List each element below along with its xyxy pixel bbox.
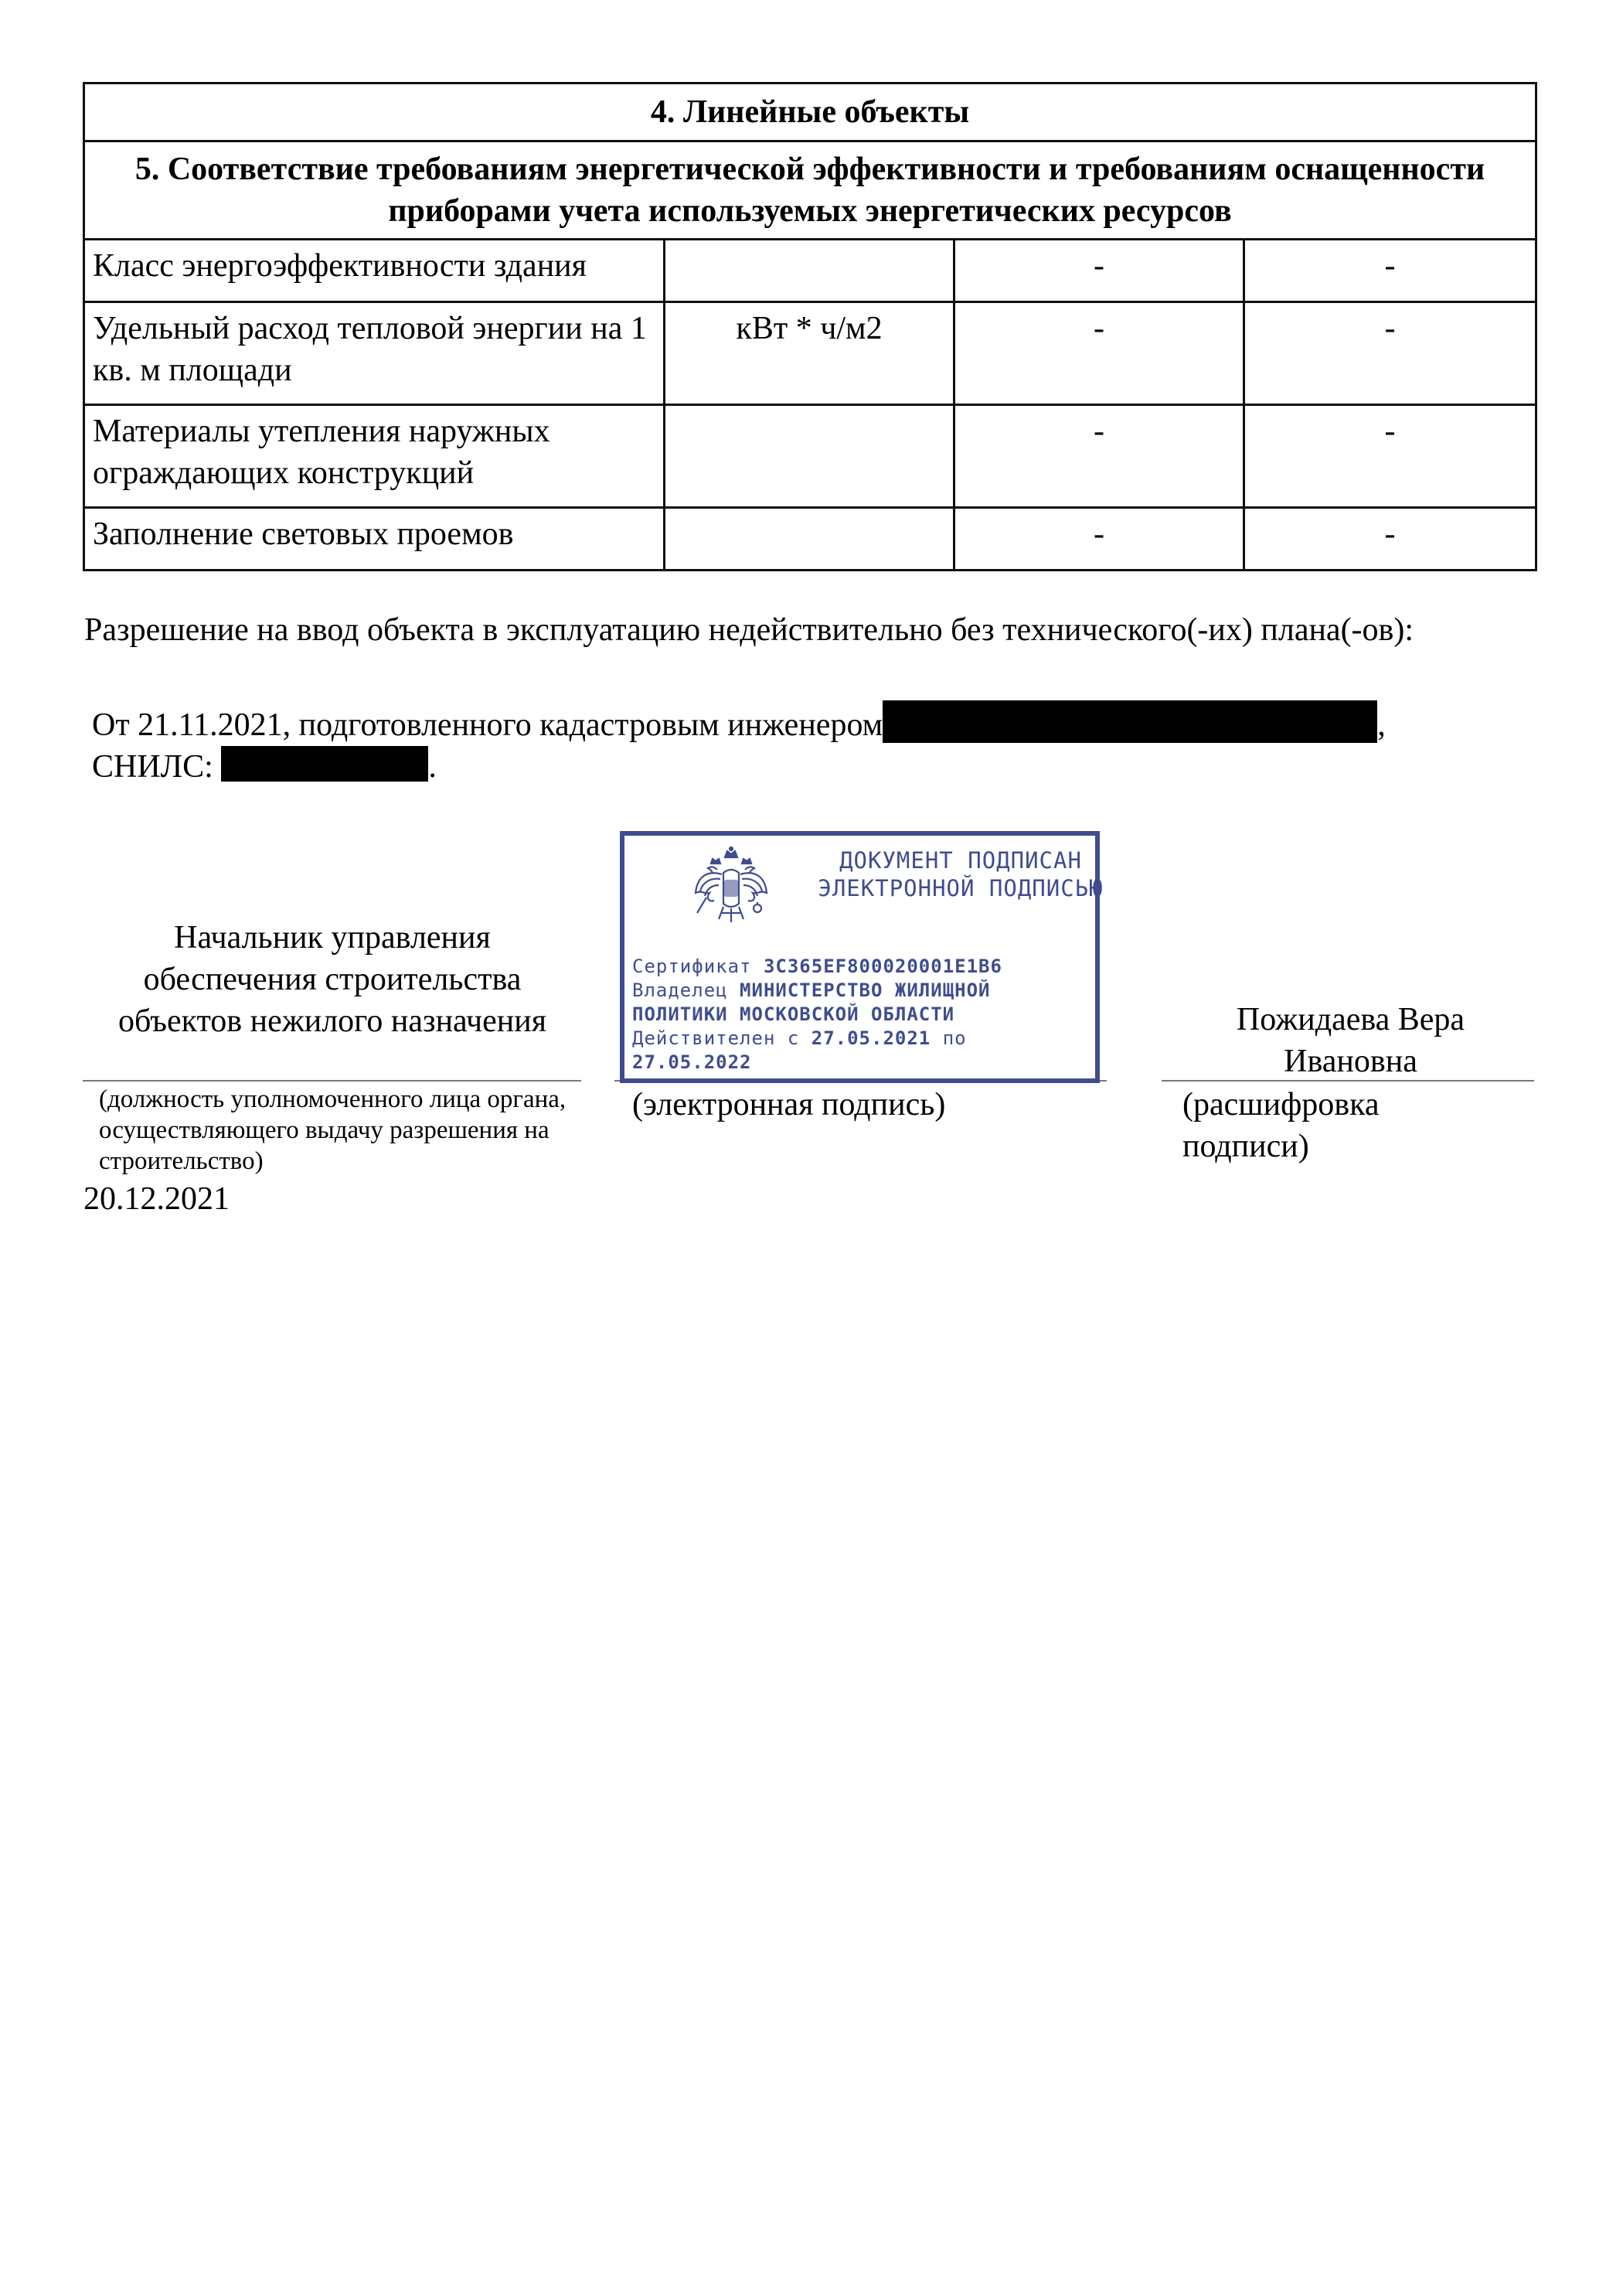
row-name: Заполнение световых проемов [84,508,665,571]
snils-label: СНИЛС: [92,749,213,785]
valid-to-label: по [943,1027,967,1049]
snils-period: . [428,749,437,785]
stamp-details: Сертификат 3C365EF800020001E1B6 Владелец… [632,955,1096,1075]
valid-to: 27.05.2022 [632,1051,752,1073]
table-row: Класс энергоэффективности здания - - [84,240,1536,302]
table-row: Заполнение световых проемов - - [84,508,1536,571]
row-planned: - [954,240,1244,302]
owner-label: Владелец [632,979,728,1001]
row-unit [665,240,954,302]
signer-name: Пожидаева Вера Ивановна [1167,999,1534,1082]
stamp-title: ДОКУМЕНТ ПОДПИСАН ЭЛЕКТРОННОЙ ПОДПИСЬЮ [818,847,1104,902]
cert-value: 3C365EF800020001E1B6 [764,956,1002,977]
signature-date: 20.12.2021 [83,1178,230,1220]
row-actual: - [1244,405,1536,508]
row-name: Удельный расход тепловой энергии на 1 кв… [84,302,665,405]
signature-caption: (электронная подпись) [632,1084,945,1126]
cert-label: Сертификат [632,956,752,977]
section-4-heading: 4. Линейные объекты [84,83,1536,141]
row-unit: кВт * ч/м2 [665,302,954,405]
valid-from: 27.05.2021 [811,1027,931,1049]
row-unit [665,405,954,508]
redacted-engineer-name [883,700,1377,743]
technical-plan-reference: От 21.11.2021, подготовленного кадастров… [92,700,1545,788]
electronic-signature-stamp: ДОКУМЕНТ ПОДПИСАН ЭЛЕКТРОННОЙ ПОДПИСЬЮ С… [620,831,1100,1083]
table-row: Материалы утепления наружных ограждающих… [84,405,1536,508]
row-planned: - [954,302,1244,405]
row-actual: - [1244,240,1536,302]
row-unit [665,508,954,571]
row-name: Материалы утепления наружных ограждающих… [84,405,665,508]
row-planned: - [954,405,1244,508]
signer-position: Начальник управления обеспечения строите… [93,917,572,1042]
plan-prefix: От 21.11.2021, подготовленного кадастров… [92,707,883,743]
position-caption: (должность уполномоченного лица органа, … [99,1084,594,1177]
section-5-heading: 5. Соответствие требованиям энергетическ… [84,141,1536,240]
technical-plan-notice: Разрешение на ввод объекта в эксплуатаци… [84,609,1537,651]
name-caption: (расшифровка подписи) [1182,1084,1507,1167]
row-actual: - [1244,302,1536,405]
row-name: Класс энергоэффективности здания [84,240,665,302]
coat-of-arms-icon [691,847,771,932]
redacted-snils [221,746,428,782]
row-actual: - [1244,508,1536,571]
row-planned: - [954,508,1244,571]
position-line [83,1080,581,1082]
table-row: Удельный расход тепловой энергии на 1 кв… [84,302,1536,405]
energy-efficiency-table: 4. Линейные объекты 5. Соответствие треб… [83,82,1537,571]
plan-comma: , [1377,707,1386,743]
valid-label: Действителен с [632,1027,799,1049]
